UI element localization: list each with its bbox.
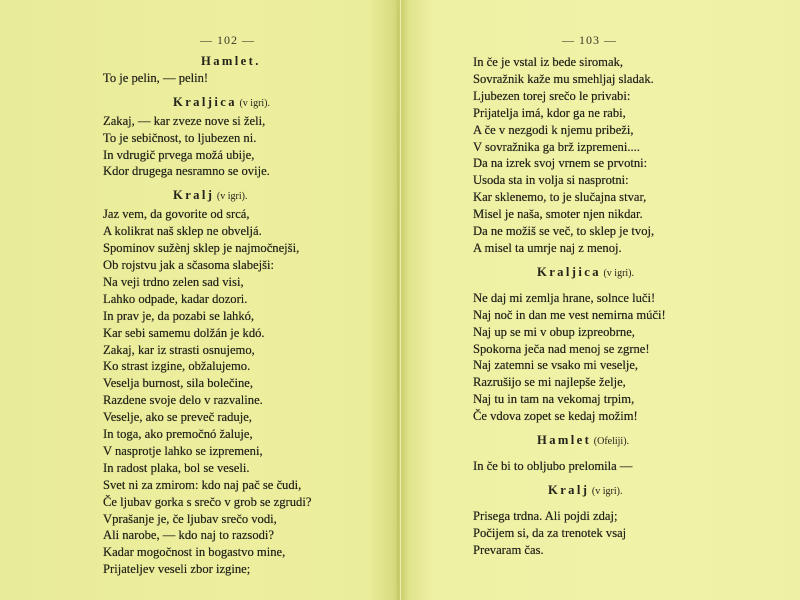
verse-line: V sovražnika ga brž izpremeni....	[473, 139, 773, 156]
verse-line: Ali narobe, — kdo naj to razsodi?	[103, 527, 393, 544]
block-gap	[473, 451, 773, 458]
verse-line: To je sebičnost, to ljubezen ni.	[103, 130, 393, 147]
page-number-left: — 102 —	[200, 33, 255, 48]
page-number-right: — 103 —	[562, 33, 617, 48]
verse-line: V nasprotje lahko se izpremeni,	[103, 443, 393, 460]
speaker-heading: Hamlet.	[103, 53, 393, 70]
verse-line: A kolikrat naš sklep ne obveljá.	[103, 223, 393, 240]
speaker-heading: Hamlet (Ofeliji).	[473, 432, 773, 451]
verse-line: Ko strast izgine, obžalujemo.	[103, 358, 393, 375]
stage-direction: (v igri).	[237, 98, 270, 109]
verse-line: Sovražnik kaže mu smehljaj sladak.	[473, 71, 773, 88]
verse-line: Da na izrek svoj vrnem se prvotni:	[473, 155, 773, 172]
verse-line: In če bi to obljubo prelomila —	[473, 458, 773, 475]
speaker-heading: Kralj (v igri).	[103, 187, 393, 206]
speaker-heading: Kraljica (v igri).	[473, 264, 773, 283]
stage-direction: (v igri).	[601, 268, 634, 279]
verse-line: Ne daj mi zemlja hrane, solnce luči!	[473, 290, 773, 307]
verse-line: Vprašanje je, če ljubav srečo vodi,	[103, 511, 393, 528]
verse-line: Razrušijo se mi najlepše želje,	[473, 374, 773, 391]
verse-line: A če v nezgodi k njemu pribeži,	[473, 122, 773, 139]
verse-line: Da ne možiš se več, to sklep je tvoj,	[473, 223, 773, 240]
verse-line: Prijatelja imá, kdor ga ne rabi,	[473, 105, 773, 122]
verse-line: Zakaj, — kar zveze nove si želi,	[103, 113, 393, 130]
speaker-heading: Kraljica (v igri).	[103, 94, 393, 113]
block-gap	[473, 475, 773, 482]
verse-line: Ob rojstvu jak a sčasoma slabejši:	[103, 257, 393, 274]
verse-line: Misel je naša, smoter njen nikdar.	[473, 206, 773, 223]
verse-line: Kdor drugega nesramno se ovije.	[103, 163, 393, 180]
verse-line: Spominov sužènj sklep je najmočnejši,	[103, 240, 393, 257]
verse-line: Razdene svoje delo v razvaline.	[103, 392, 393, 409]
verse-line: Prisega trdna. Ali pojdi zdaj;	[473, 508, 773, 525]
verse-line: Spokorna ječa nad menoj se zgrne!	[473, 341, 773, 358]
verse-line: In če je vstal iz bede siromak,	[473, 54, 773, 71]
verse-line: Jaz vem, da govorite od srcá,	[103, 206, 393, 223]
speaker-heading: Kralj (v igri).	[473, 482, 773, 501]
verse-line: A misel ta umrje naj z menoj.	[473, 240, 773, 257]
verse-line: Kadar mogočnost in bogastvo mine,	[103, 544, 393, 561]
block-gap	[473, 257, 773, 264]
verse-line: In radost plaka, bol se veseli.	[103, 460, 393, 477]
verse-line: Veselja burnost, sila bolečine,	[103, 375, 393, 392]
left-page-text: Hamlet.To je pelin, — pelin!Kraljica (v …	[103, 53, 393, 578]
verse-line: To je pelin, — pelin!	[103, 70, 393, 87]
verse-line: Lahko odpade, kadar dozori.	[103, 291, 393, 308]
block-gap	[473, 425, 773, 432]
speaker-name: Kralj	[173, 188, 214, 202]
block-gap	[103, 180, 393, 187]
stage-direction: (Ofeliji).	[591, 436, 629, 447]
block-gap	[473, 501, 773, 508]
verse-line: In prav je, da pozabi se lahkó,	[103, 308, 393, 325]
verse-line: Veselje, ako se preveč raduje,	[103, 409, 393, 426]
speaker-name: Kraljica	[537, 265, 601, 279]
verse-line: Prijateljev veseli zbor izgine;	[103, 561, 393, 578]
speaker-name: Hamlet	[537, 433, 591, 447]
block-gap	[103, 87, 393, 94]
speaker-name: Hamlet.	[201, 54, 261, 68]
verse-line: Kar sebi samemu dolžán je kdó.	[103, 325, 393, 342]
verse-line: Naj up se mi v obup izpreobrne,	[473, 324, 773, 341]
verse-line: Naj zatemni se vsako mi veselje,	[473, 357, 773, 374]
verse-line: Če ljubav gorka s srečo v grob se zgrudi…	[103, 494, 393, 511]
left-page: — 102 — Hamlet.To je pelin, — pelin!Kral…	[0, 0, 398, 600]
verse-line: Kar sklenemo, to je slučajna stvar,	[473, 189, 773, 206]
speaker-name: Kraljica	[173, 95, 237, 109]
verse-line: Če vdova zopet se kedaj možim!	[473, 408, 773, 425]
verse-line: Na veji trdno zelen sad visi,	[103, 274, 393, 291]
stage-direction: (v igri).	[214, 191, 247, 202]
right-page-text: In če je vstal iz bede siromak,Sovražnik…	[473, 54, 773, 558]
speaker-name: Kralj	[548, 483, 589, 497]
verse-line: In vdrugič prvega možá ubije,	[103, 147, 393, 164]
verse-line: Usoda sta in volja si nasprotni:	[473, 172, 773, 189]
verse-line: Naj tu in tam na vekomaj trpim,	[473, 391, 773, 408]
verse-line: Počijem si, da za trenotek vsaj	[473, 525, 773, 542]
verse-line: Ljubezen torej srečo le privabi:	[473, 88, 773, 105]
verse-line: Naj noč in dan me vest nemirna múči!	[473, 307, 773, 324]
right-page: — 103 — In če je vstal iz bede siromak,S…	[400, 0, 800, 600]
verse-line: In toga, ako premočnó žaluje,	[103, 426, 393, 443]
verse-line: Zakaj, kar iz strasti osnujemo,	[103, 342, 393, 359]
stage-direction: (v igri).	[589, 486, 622, 497]
verse-line: Svet ni za zmirom: kdo naj pač se čudi,	[103, 477, 393, 494]
block-gap	[473, 283, 773, 290]
verse-line: Prevaram čas.	[473, 542, 773, 559]
